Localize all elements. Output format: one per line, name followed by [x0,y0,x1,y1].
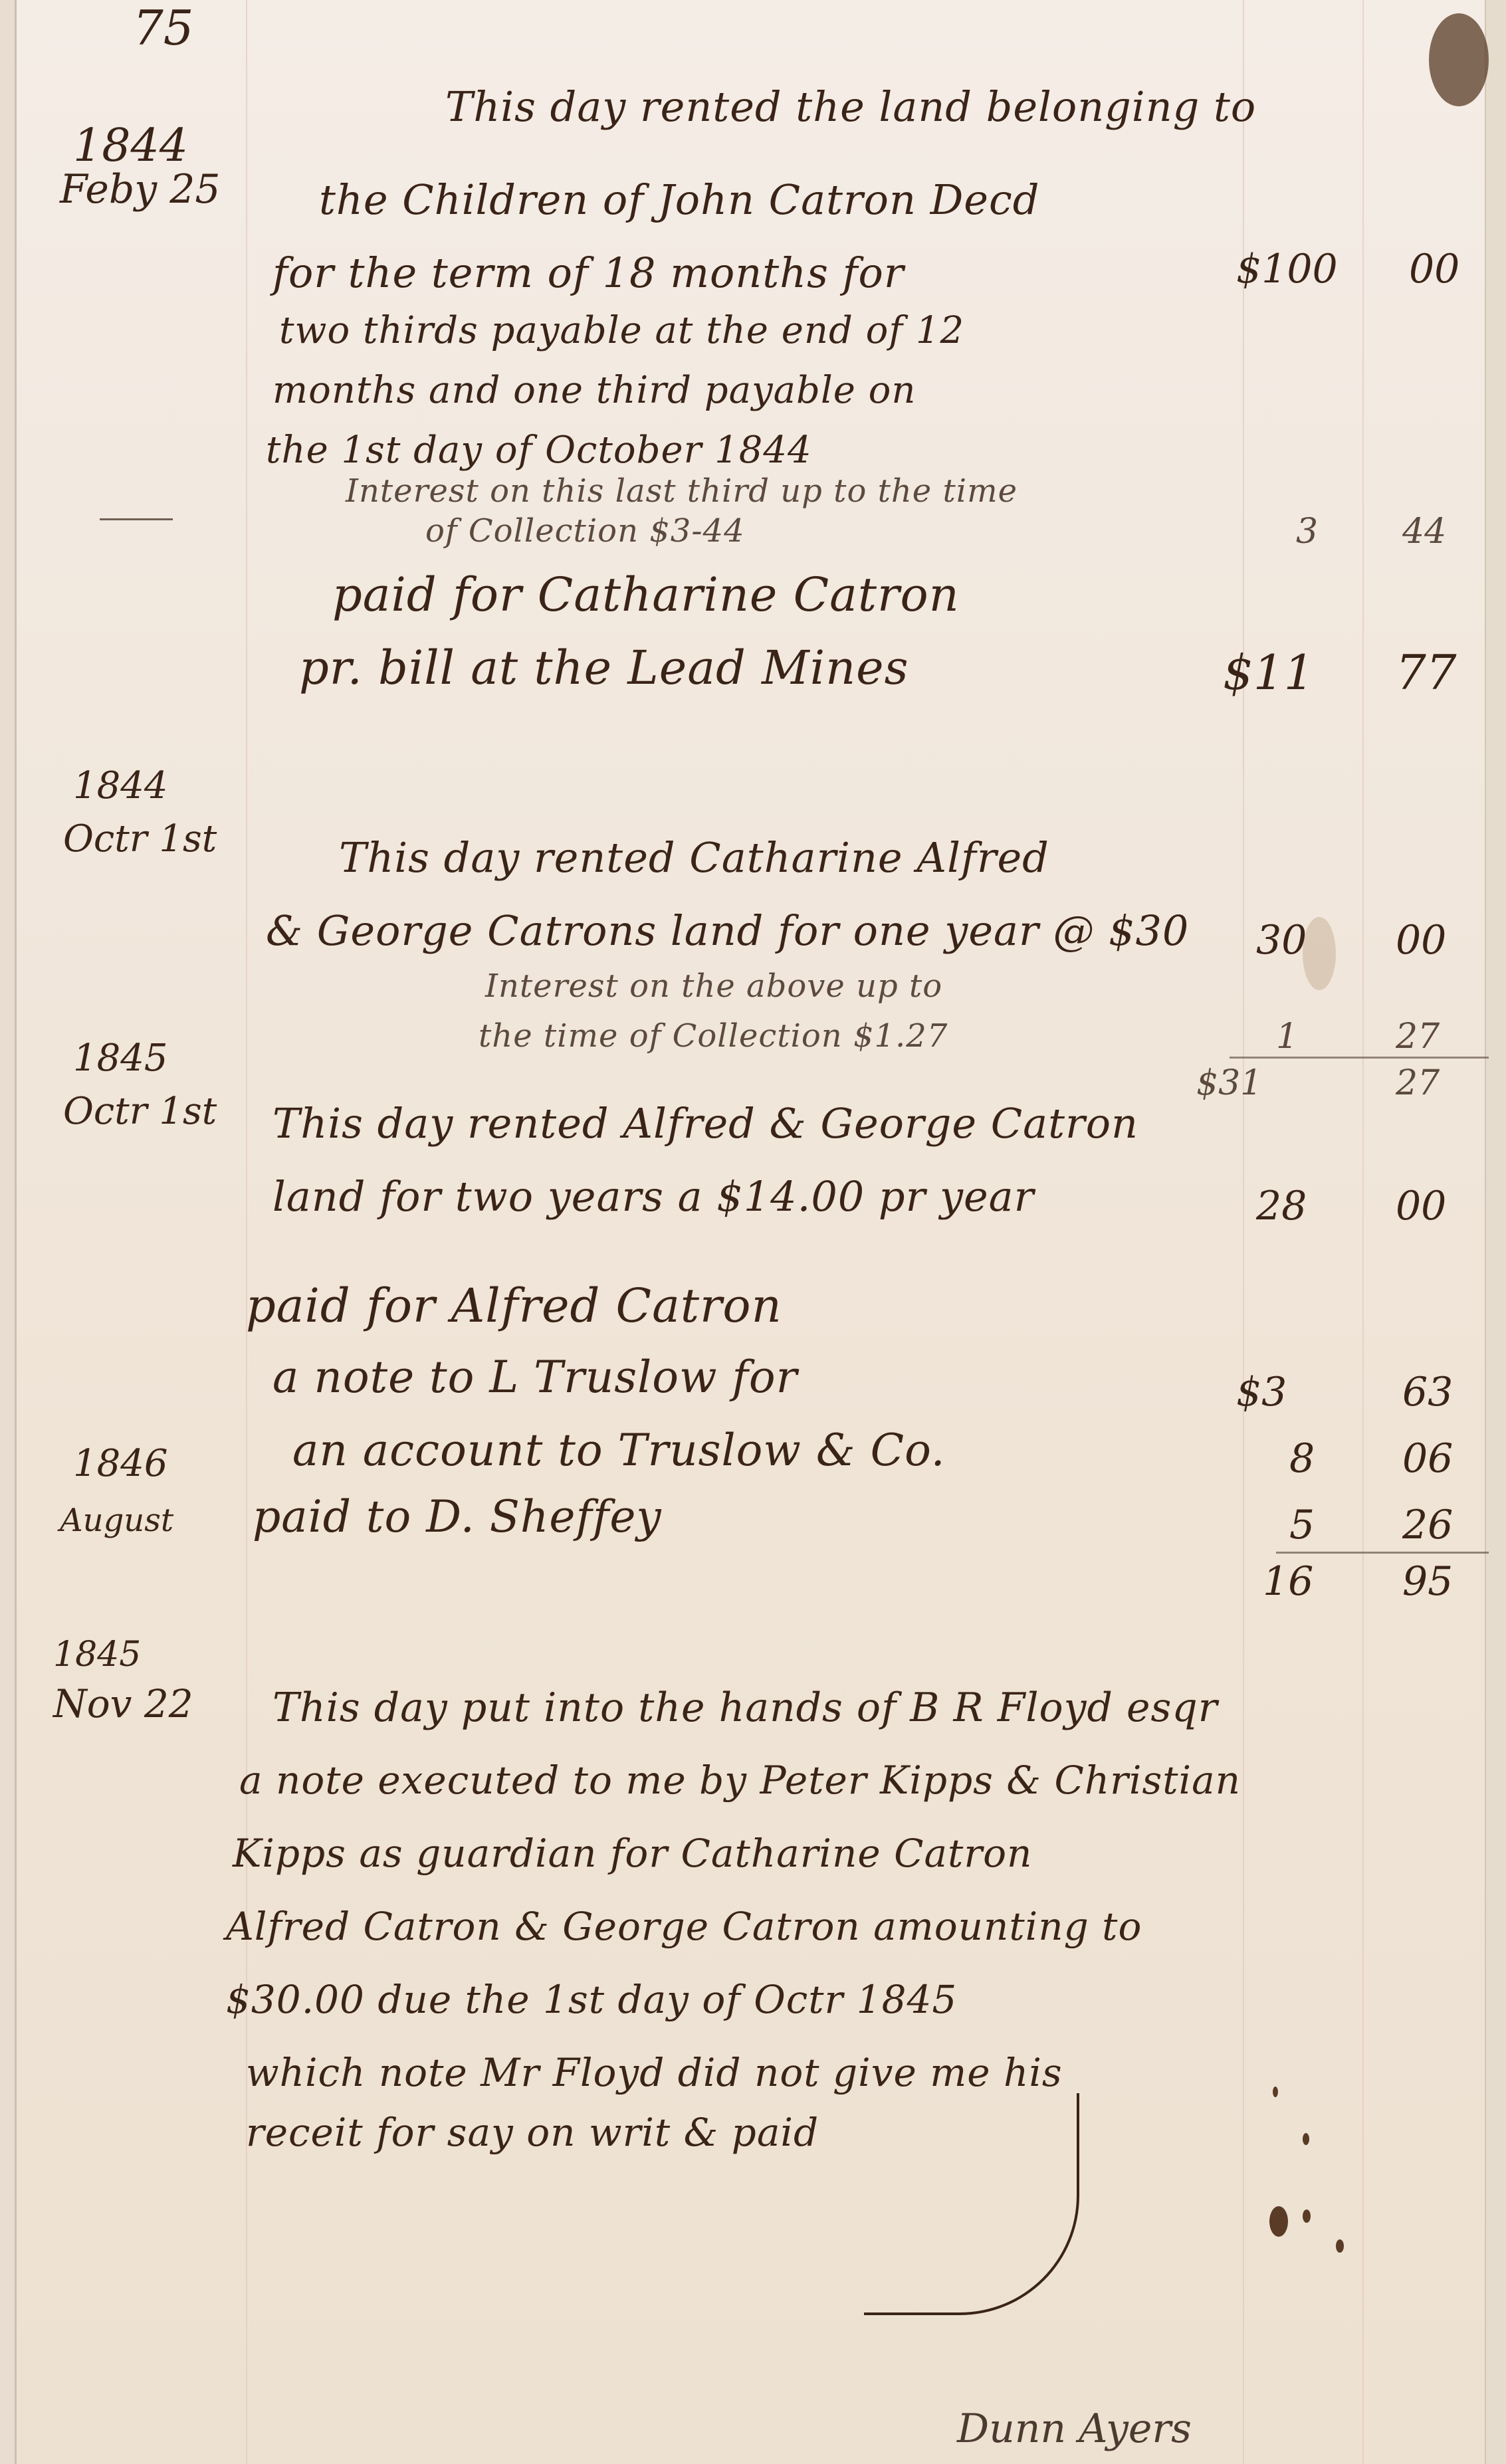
ink-drop [1303,2133,1309,2145]
entry-text-line: the 1st day of October 1844 [266,432,812,469]
entry-text-line: two thirds payable at the end of 12 [279,312,964,350]
ink-drop [1303,2209,1311,2223]
amount-dollars: $11 [1223,645,1314,700]
entry-date: Nov 22 [53,1681,193,1726]
amount-total-cents: 27 [1396,1063,1440,1103]
entry-text-line: This day rented Catharine Alfred [339,837,1049,878]
entry-year: 1844 [73,764,168,807]
closing-flourish [864,2093,1079,2315]
entry-text-line: & George Catrons land for one year @ $30 [266,910,1189,952]
entry-text-line: This day put into the hands of B R Floyd… [272,1688,1218,1728]
amount-dollars: 3 [1296,512,1318,552]
dollars-column-rule [1243,0,1244,2464]
amount-cents: 26 [1402,1502,1453,1548]
sum-rule [1230,1057,1489,1059]
amount-cents: 63 [1402,1369,1453,1415]
entry-text-line: which note Mr Floyd did not give me his [246,2053,1063,2092]
water-stain [1303,917,1336,990]
entry-text-line: a note executed to me by Peter Kipps & C… [239,1761,1241,1799]
amount-cents: 27 [1396,1017,1440,1057]
interest-line: Interest on this last third up to the ti… [346,475,1018,507]
entry-text-line: This day rented the land belonging to [445,86,1256,128]
ink-stain [1429,13,1489,106]
amount-dollars: 28 [1256,1183,1307,1229]
sum-rule [1276,1552,1489,1554]
cents-column-rule [1362,0,1364,2464]
entry-year: 1845 [53,1635,141,1675]
entry-year: 1846 [73,1442,168,1485]
amount-cents: 77 [1396,645,1457,700]
entry-text-line: pr. bill at the Lead Mines [299,645,909,691]
amount-dollars: 30 [1256,917,1307,964]
amount-cents: 00 [1396,1183,1446,1229]
entry-text-line: paid to D. Sheffey [253,1495,662,1539]
amount-total-dollars: $31 [1196,1063,1262,1103]
amount-dollars: $100 [1236,246,1338,292]
amount-cents: 00 [1409,246,1459,292]
entry-text-line: months and one third payable on [272,372,916,409]
entry-date: Octr 1st [63,817,217,861]
dash-mark [100,518,173,520]
amount-cents: 44 [1402,512,1446,552]
entry-year: 1844 [73,120,188,172]
amount-dollars: 5 [1289,1502,1315,1548]
folio-number: 75 [133,0,194,56]
ink-drop [1336,2239,1344,2253]
ledger-page: 75 1844 Feby 25 This day rented the land… [0,0,1506,2464]
entry-text-line: Kipps as guardian for Catharine Catron [233,1834,1032,1873]
interest-line: of Collection $3-44 [425,515,745,547]
entry-text-line: $30.00 due the 1st day of Octr 1845 [226,1980,957,2019]
amount-cents: 00 [1396,917,1446,964]
entry-text-line: This day rented Alfred & George Catron [272,1103,1138,1144]
ink-drop [1273,2087,1278,2097]
amount-dollars: $3 [1236,1369,1287,1415]
entry-text-line: an account to Truslow & Co. [292,1429,946,1473]
amount-dollars: 1 [1276,1017,1298,1057]
entry-text-line: the Children of John Catron Decd [319,179,1039,221]
page-right-edge [1485,0,1506,2464]
entry-text-line: land for two years a $14.00 pr year [272,1176,1034,1217]
amount-cents: 06 [1402,1435,1453,1482]
page-left-edge [0,0,17,2464]
entry-text-line: paid for Alfred Catron [246,1283,782,1329]
entry-text-line: receit for say on writ & paid [246,2113,819,2152]
amount-dollars: 8 [1289,1435,1315,1482]
entry-date: August [60,1502,173,1539]
entry-text-line: a note to L Truslow for [272,1356,798,1399]
entry-text-line: for the term of 18 months for [272,253,905,294]
ink-drop [1269,2206,1288,2237]
amount-total-cents: 95 [1402,1558,1453,1605]
entry-text-line: Alfred Catron & George Catron amounting … [226,1907,1142,1946]
interest-line: the time of Collection $1.27 [479,1020,948,1052]
interest-line: Interest on the above up to [485,970,942,1002]
entry-date: Octr 1st [63,1090,217,1133]
signature: Dunn Ayers [957,2406,1192,2452]
entry-date: Feby 25 [60,166,221,213]
entry-year: 1845 [73,1037,168,1080]
amount-total-dollars: 16 [1263,1558,1313,1605]
entry-text-line: paid for Catharine Catron [332,571,960,618]
